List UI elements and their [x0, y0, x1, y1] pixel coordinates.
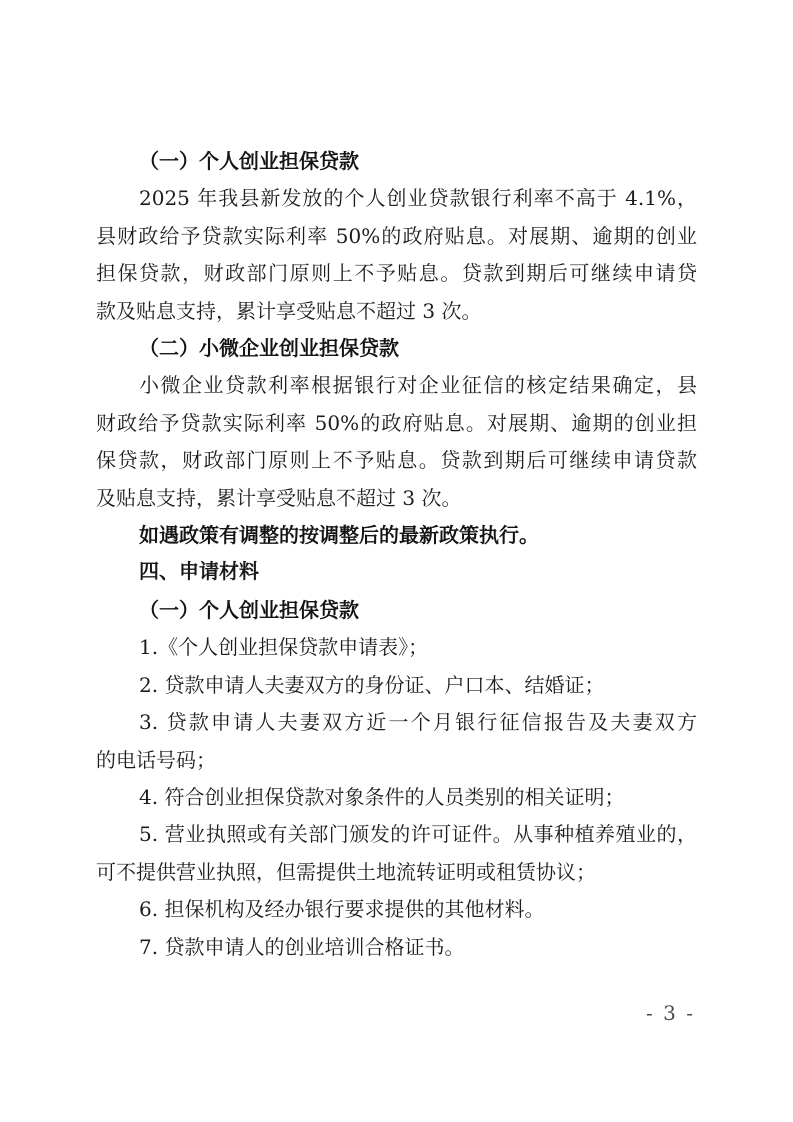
- paragraph-line: 县财政给予贷款实际利率 50%的政府贴息。对展期、逾期的创业: [96, 218, 697, 255]
- paragraph-small-business-loan-subsidy: 小微企业贷款利率根据银行对企业征信的核定结果确定，县 财政给予贷款实际利率 50…: [96, 367, 697, 517]
- list-item-line: 6. 担保机构及经办银行要求提供的其他材料。: [96, 891, 697, 928]
- list-item-2: 2. 贷款申请人夫妻双方的身份证、户口本、结婚证；: [96, 667, 697, 704]
- subheading-personal-loan-materials: （一）个人创业担保贷款: [96, 592, 697, 629]
- list-item-line: 1.《个人创业担保贷款申请表》；: [96, 629, 697, 666]
- subheading-small-business-startup-loan: （二）小微企业创业担保贷款: [96, 330, 697, 367]
- paragraph-line: 财政给予贷款实际利率 50%的政府贴息。对展期、逾期的创业担: [96, 405, 697, 442]
- list-item-6: 6. 担保机构及经办银行要求提供的其他材料。: [96, 891, 697, 928]
- list-item-line: 5. 营业执照或有关部门颁发的许可证件。从事种植养殖业的，: [96, 816, 697, 853]
- paragraph-line: 及贴息支持，累计享受贴息不超过 3 次。: [96, 480, 697, 517]
- list-item-4: 4. 符合创业担保贷款对象条件的人员类别的相关证明；: [96, 779, 697, 816]
- section-title-application-materials: 四、申请材料: [96, 554, 697, 591]
- materials-list: 1.《个人创业担保贷款申请表》； 2. 贷款申请人夫妻双方的身份证、户口本、结婚…: [96, 629, 697, 966]
- paragraph-line: 担保贷款，财政部门原则上不予贴息。贷款到期后可继续申请贷: [96, 255, 697, 292]
- section-personal-loan-subsidy: （一）个人创业担保贷款: [96, 143, 697, 180]
- list-item-line: 2. 贷款申请人夫妻双方的身份证、户口本、结婚证；: [96, 667, 697, 704]
- emphasis-note-line: 如遇政策有调整的按调整后的最新政策执行。: [96, 517, 697, 554]
- paragraph-line: 保贷款，财政部门原则上不予贴息。贷款到期后可继续申请贷款: [96, 442, 697, 479]
- document-body: （一）个人创业担保贷款 2025 年我县新发放的个人创业贷款银行利率不高于 4.…: [96, 143, 697, 966]
- list-item-1: 1.《个人创业担保贷款申请表》；: [96, 629, 697, 666]
- section-application-materials: 四、申请材料: [96, 554, 697, 591]
- list-item-line: 7. 贷款申请人的创业培训合格证书。: [96, 929, 697, 966]
- page-number: - 3 -: [646, 1000, 695, 1026]
- list-item-7: 7. 贷款申请人的创业培训合格证书。: [96, 929, 697, 966]
- policy-adjustment-note: 如遇政策有调整的按调整后的最新政策执行。: [96, 517, 697, 554]
- paragraph-line: 小微企业贷款利率根据银行对企业征信的核定结果确定，县: [96, 367, 697, 404]
- document-page: （一）个人创业担保贷款 2025 年我县新发放的个人创业贷款银行利率不高于 4.…: [0, 0, 793, 1122]
- list-item-line: 4. 符合创业担保贷款对象条件的人员类别的相关证明；: [96, 779, 697, 816]
- paragraph-line: 款及贴息支持，累计享受贴息不超过 3 次。: [96, 293, 697, 330]
- section-personal-loan-materials: （一）个人创业担保贷款: [96, 592, 697, 629]
- subheading-personal-startup-loan: （一）个人创业担保贷款: [96, 143, 697, 180]
- list-item-line: 3. 贷款申请人夫妻双方近一个月银行征信报告及夫妻双方: [96, 704, 697, 741]
- list-item-5: 5. 营业执照或有关部门颁发的许可证件。从事种植养殖业的， 可不提供营业执照，但…: [96, 816, 697, 891]
- list-item-line: 的电话号码；: [96, 742, 697, 779]
- section-small-business-loan-subsidy: （二）小微企业创业担保贷款: [96, 330, 697, 367]
- list-item-3: 3. 贷款申请人夫妻双方近一个月银行征信报告及夫妻双方 的电话号码；: [96, 704, 697, 779]
- paragraph-line: 2025 年我县新发放的个人创业贷款银行利率不高于 4.1%，: [96, 180, 697, 217]
- paragraph-personal-loan-subsidy: 2025 年我县新发放的个人创业贷款银行利率不高于 4.1%， 县财政给予贷款实…: [96, 180, 697, 330]
- list-item-line: 可不提供营业执照，但需提供土地流转证明或租赁协议；: [96, 854, 697, 891]
